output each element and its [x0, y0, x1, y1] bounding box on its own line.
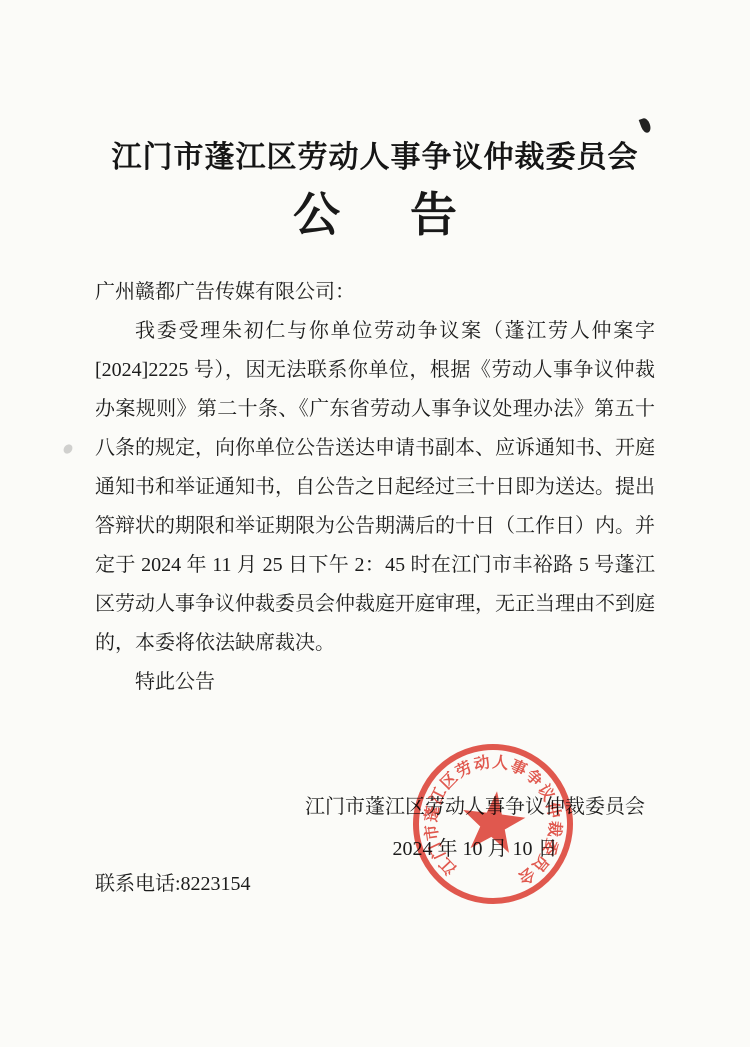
scan-smudge-artifact — [62, 443, 75, 456]
svg-text:动: 动 — [472, 753, 491, 774]
body-line: 区劳动人事争议仲裁委员会仲裁庭开庭审理，无正当理由不到庭 — [95, 585, 655, 624]
body-line: 广州赣都广告传媒有限公司： — [95, 273, 655, 312]
body-line: 的，本委将依法缺席裁决。 — [95, 624, 655, 663]
body-line: 办案规则》第二十条、《广东省劳动人事争议处理办法》第五十 — [95, 390, 655, 429]
body-line: 特此公告 — [95, 663, 655, 702]
body-line: 我委受理朱初仁与你单位劳动争议案（蓬江劳人仲案字 — [95, 312, 655, 351]
announcement-body: 广州赣都广告传媒有限公司： 我委受理朱初仁与你单位劳动争议案（蓬江劳人仲案字 [… — [95, 273, 655, 702]
announcement-title: 公告 — [0, 178, 750, 245]
document-page: 江门市蓬江区劳动人事争议仲裁委员会 公告 广州赣都广告传媒有限公司： 我委受理朱… — [0, 0, 750, 1047]
svg-text:市: 市 — [421, 823, 442, 842]
body-line: [2024]2225 号），因无法联系你单位，根据《劳动人事争议仲裁 — [95, 351, 655, 390]
contact-phone: 联系电话:8223154 — [95, 867, 251, 896]
body-line: 定于 2024 年 11 月 25 日下午 2：45 时在江门市丰裕路 5 号蓬… — [95, 546, 655, 585]
body-line: 答辩状的期限和举证期限为公告期满后的十日（工作日）内。并 — [95, 507, 655, 546]
seal-star-icon — [459, 787, 529, 854]
document-issuer-title: 江门市蓬江区劳动人事争议仲裁委员会 — [0, 132, 750, 176]
svg-text:人: 人 — [491, 753, 509, 773]
official-seal: 江门市蓬江区劳动人事争议仲裁委员会 — [393, 724, 594, 925]
body-line: 八条的规定，向你单位公告送达申请书副本、应诉通知书、开庭 — [95, 429, 655, 468]
svg-text:蓬: 蓬 — [422, 804, 442, 823]
body-line: 通知书和举证通知书，自公告之日起经过三十日即为送达。提出 — [95, 468, 655, 507]
svg-text:裁: 裁 — [545, 820, 564, 837]
svg-text:仲: 仲 — [542, 800, 564, 820]
